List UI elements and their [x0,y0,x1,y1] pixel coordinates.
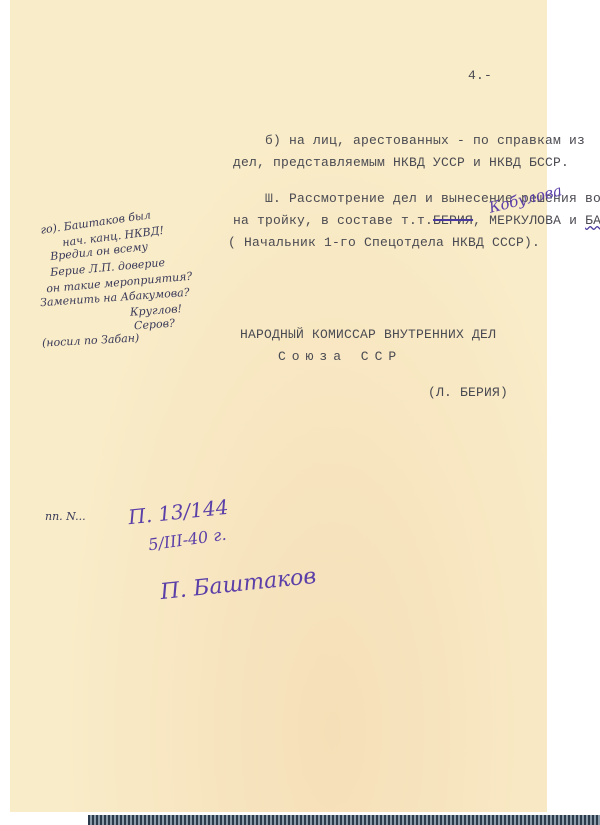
margin-note-line: Серов? [134,317,176,333]
margin-note-line: (носил по Забан) [42,331,140,349]
paragraph-3-line2: на тройку, в составе т.т.БЕРИЯ, МЕРКУЛОВ… [233,213,600,228]
underlined-name: БАШТАКОВА [585,213,600,228]
paragraph-b-line2: дел, представляемым НКВД УССР и НКВД БСС… [233,155,569,170]
registry-signature: П. Баштаков [159,564,317,605]
registry-label: пп. N... [45,510,86,523]
paragraph-b-line1: б) на лиц, арестованных - по справкам из [265,133,585,148]
signature-title-line2: Союза ССР [278,349,402,364]
document-page: 4.- б) на лиц, арестованных - по справка… [10,0,547,812]
line2-mid: , МЕРКУЛОВА и [473,213,585,228]
scan-ruler [88,815,600,825]
registry-date: 5/III-40 г. [147,525,227,555]
signature-title-line1: НАРОДНЫЙ КОМИССАР ВНУТРЕННИХ ДЕЛ [240,327,496,342]
paragraph-3-line3: ( Начальник 1-го Спецотдела НКВД СССР). [228,235,540,250]
line2-prefix: на тройку, в составе т.т. [233,213,433,228]
signatory-name: (Л. БЕРИЯ) [428,385,508,400]
registry-number: П. 13/144 [127,495,229,529]
handwritten-insertion: Кобулова [487,181,564,217]
page-number: 4.- [468,68,492,83]
struck-name: БЕРИЯ [433,213,473,228]
